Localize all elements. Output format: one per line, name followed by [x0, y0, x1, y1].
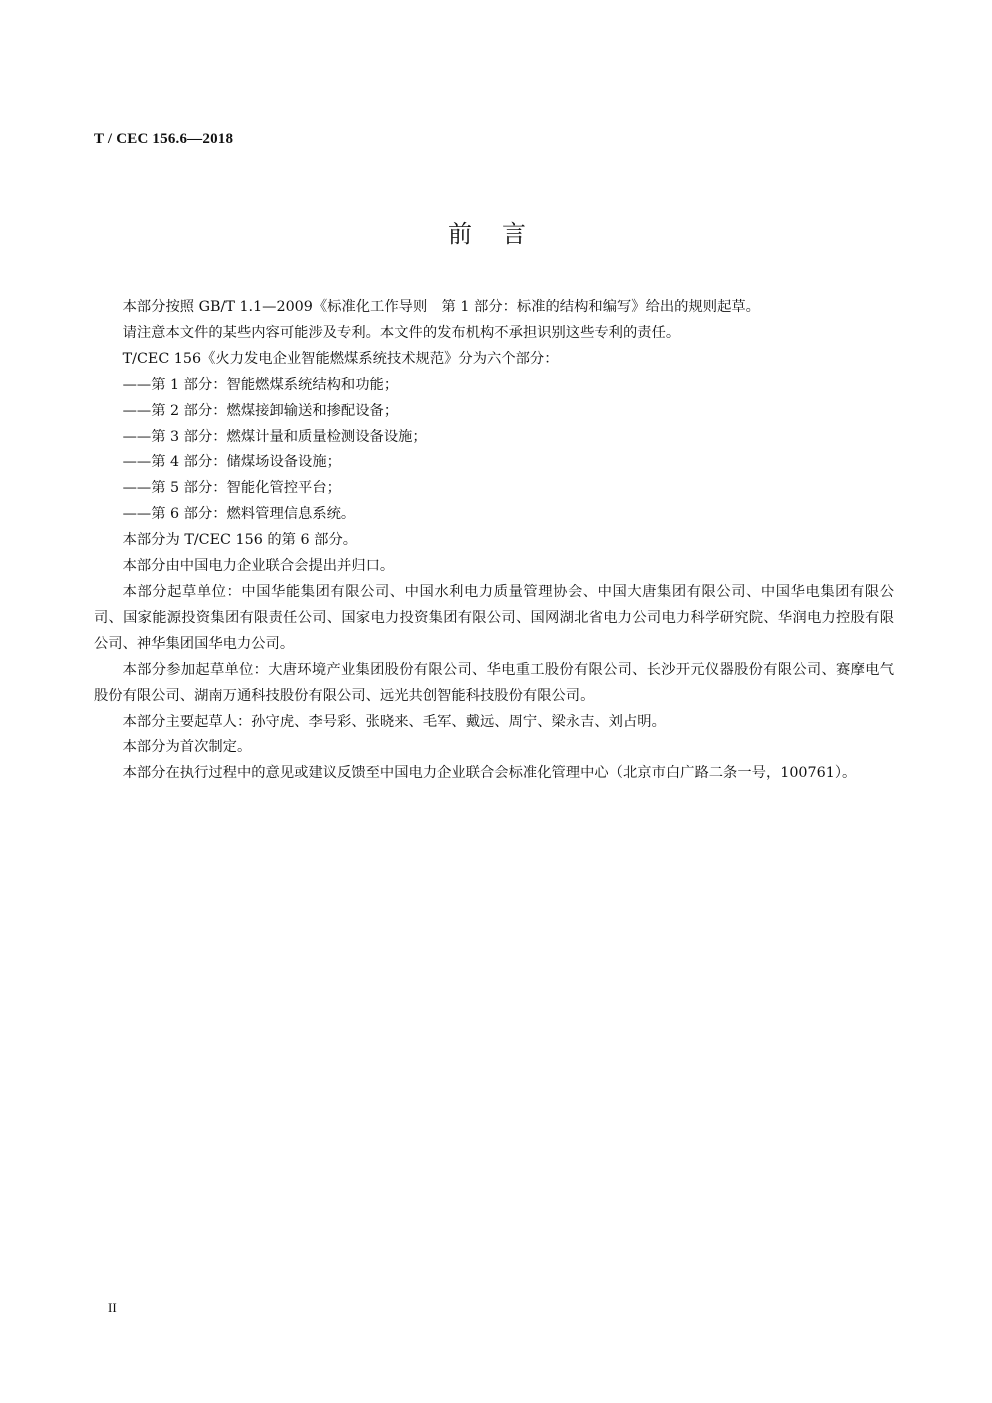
foreword-body: 本部分按照 GB/T 1.1—2009《标准化工作导则 第 1 部分：标准的结构… [94, 295, 894, 787]
list-item-part-5: ——第 5 部分：智能化管控平台； [94, 476, 894, 502]
list-item-part-6: ——第 6 部分：燃料管理信息系统。 [94, 502, 894, 528]
list-item-part-3: ——第 3 部分：燃煤计量和质量检测设备设施； [94, 425, 894, 451]
standard-code: T / CEC 156.6—2018 [94, 131, 233, 148]
paragraph-proposer: 本部分由中国电力企业联合会提出并归口。 [94, 554, 894, 580]
page-number: II [108, 1300, 117, 1316]
list-item-part-1: ——第 1 部分：智能燃煤系统结构和功能； [94, 373, 894, 399]
paragraph-part-number: 本部分为 T/CEC 156 的第 6 部分。 [94, 528, 894, 554]
list-item-part-2: ——第 2 部分：燃煤接卸输送和掺配设备； [94, 399, 894, 425]
paragraph-participating-units: 本部分参加起草单位：大唐环境产业集团股份有限公司、华电重工股份有限公司、长沙开元… [94, 658, 894, 710]
paragraph-patent-notice: 请注意本文件的某些内容可能涉及专利。本文件的发布机构不承担识别这些专利的责任。 [94, 321, 894, 347]
paragraph-feedback: 本部分在执行过程中的意见或建议反馈至中国电力企业联合会标准化管理中心（北京市白广… [94, 761, 894, 787]
paragraph-drafting-rules: 本部分按照 GB/T 1.1—2009《标准化工作导则 第 1 部分：标准的结构… [94, 295, 894, 321]
paragraph-first-edition: 本部分为首次制定。 [94, 735, 894, 761]
paragraph-main-drafters: 本部分主要起草人：孙守虎、李号彩、张晓来、毛军、戴远、周宁、梁永吉、刘占明。 [94, 710, 894, 736]
list-item-part-4: ——第 4 部分：储煤场设备设施； [94, 450, 894, 476]
paragraph-series-intro: T/CEC 156《火力发电企业智能燃煤系统技术规范》分为六个部分： [94, 347, 894, 373]
paragraph-drafting-units: 本部分起草单位：中国华能集团有限公司、中国水利电力质量管理协会、中国大唐集团有限… [94, 580, 894, 658]
page-title: 前言 [0, 214, 992, 249]
